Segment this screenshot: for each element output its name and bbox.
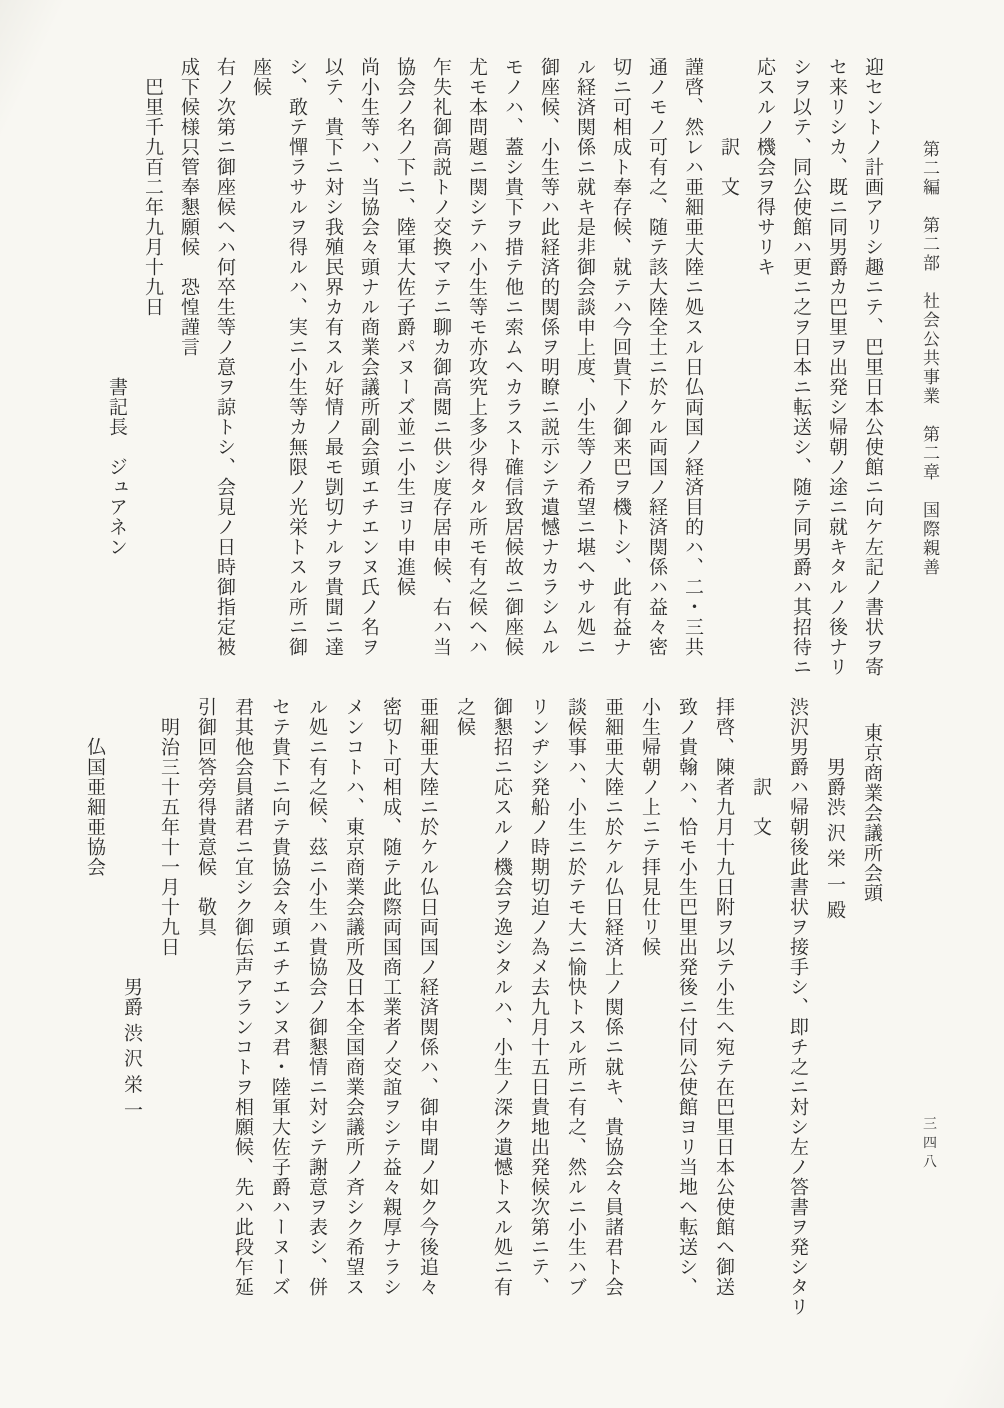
text-line: 巴里千九百二年九月十九日 <box>134 57 170 663</box>
text-line: 拝啓、陳者九月十九日附ヲ以テ小生ヘ宛テ在巴里日本公使館ヘ御送 <box>705 697 742 1309</box>
text-line: 謹啓、然レハ亜細亜大陸ニ処スル日仏両国ノ経済目的ハ、二・三共 <box>674 57 710 663</box>
text-line: 訳 文 <box>710 57 746 663</box>
text-line: メンコトハ、東京商業会議所及日本全国商業会議所ノ斉シク希望ス <box>335 697 372 1309</box>
text-line: 密切ト可相成、随テ此際両国商工業者ノ交誼ヲシテ益々親厚ナラシ <box>372 697 409 1309</box>
text-line: ル処ニ有之候、茲ニ小生ハ貴協会ノ御懇情ニ対シテ謝意ヲ表シ、併 <box>298 697 335 1309</box>
text-line: 座候 <box>242 57 278 663</box>
text-line: セ来リシカ、既ニ同男爵カ巴里ヲ出発シ帰朝ノ途ニ就キタルノ後ナリ <box>818 57 854 663</box>
text-line: 小生帰朝ノ上ニテ拝見仕リ候 <box>631 697 668 1309</box>
text-line: 致ノ貴翰ハ、恰モ小生巴里出発後ニ付同公使館ヨリ当地ヘ転送シ、 <box>668 697 705 1309</box>
text-line: 書記長 ジュアネン <box>98 57 134 663</box>
text-line: 御懇招ニ応スルノ機会ヲ逸シタルハ、小生ノ深ク遺憾トスル処ニ有 <box>483 697 520 1309</box>
letter-from-asia-society: 迎セントノ計画アリシ趣ニテ、巴里日本公使館ニ向ケ左記ノ書状ヲ寄セ来リシカ、既ニ同… <box>98 57 890 663</box>
text-line: 仏国亜細亜協会 <box>76 697 113 1309</box>
text-line: シ、敢テ憚ラサルヲ得ルハ、実ニ小生等カ無限ノ光栄トスル所ニ御 <box>278 57 314 663</box>
book-page: 第二編 第二部 社会公共事業 第二章 国際親善 迎セントノ計画アリシ趣ニテ、巴里… <box>0 0 1004 1408</box>
text-line: 尚小生等ハ、当協会々頭ナル商業会議所副会頭エチエンヌ氏ノ名ヲ <box>350 57 386 663</box>
text-line: 渋沢男爵ハ帰朝後此書状ヲ接手シ、即チ之ニ対シ左ノ答書ヲ発シタリ <box>779 697 816 1309</box>
text-line: 訳 文 <box>742 697 779 1309</box>
text-line: 亜細亜大陸ニ於ケル仏日両国ノ経済関係ハ、御申聞ノ如ク今後追々 <box>409 697 446 1309</box>
page-number: 三四八 <box>918 1116 938 1173</box>
text-line: 尤モ本問題ニ関シテハ小生等モ亦攻究上多少得タル所モ有之候ヘハ <box>458 57 494 663</box>
text-line: 御座候、小生等ハ此経済的関係ヲ明瞭ニ説示シテ遺憾ナカラシムル <box>530 57 566 663</box>
text-line: 協会ノ名ノ下ニ、陸軍大佐子爵パヌーズ並ニ小生ヨリ申進候 <box>386 57 422 663</box>
text-line: 以テ、貴下ニ対シ我殖民界カ有スル好情ノ最モ剴切ナルヲ貴聞ニ達 <box>314 57 350 663</box>
text-line: 東京商業会議所会頭 <box>853 697 890 1309</box>
text-line: 迎セントノ計画アリシ趣ニテ、巴里日本公使館ニ向ケ左記ノ書状ヲ寄 <box>854 57 890 663</box>
text-line: 男爵渋 沢 栄 一 殿 <box>816 697 853 1309</box>
text-line: 切ニ可相成ト奉存候、就テハ今回貴下ノ御来巴ヲ機トシ、此有益ナ <box>602 57 638 663</box>
text-line: 男爵 渋 沢 栄 一 <box>113 697 150 1309</box>
text-line: 乍失礼御高説トノ交換マテニ聊カ御高閲ニ供シ度存居申候、右ハ当 <box>422 57 458 663</box>
text-line: モノハ、蓋シ貴下ヲ措テ他ニ索ムヘカラスト確信致居候故ニ御座候 <box>494 57 530 663</box>
text-line: 之候 <box>446 697 483 1309</box>
text-line: 君其他会員諸君ニ宜シク御伝声アランコトヲ相願候、先ハ此段乍延 <box>224 697 261 1309</box>
text-line: リンヂシ発船ノ時期切迫ノ為メ去九月十五日貴地出発候次第ニテ、 <box>520 697 557 1309</box>
text-line: 引御回答旁得貴意候 敬具 <box>187 697 224 1309</box>
text-line: セテ貴下ニ向テ貴協会々頭エチエンヌ君・陸軍大佐子爵ハーヌーズ <box>261 697 298 1309</box>
text-line: ル経済関係ニ就キ是非御会談申上度、小生等ノ希望ニ堪ヘサル処ニ <box>566 57 602 663</box>
text-line: シヲ以テ、同公使館ハ更ニ之ヲ日本ニ転送シ、随テ同男爵ハ其招待ニ <box>782 57 818 663</box>
text-line: 成下候様只管奉懇願候 恐惶謹言 <box>170 57 206 663</box>
text-line: 談候事ハ、小生ニ於テモ大ニ愉快トスル所ニ有之、然ルニ小生ハブ <box>557 697 594 1309</box>
text-line: 通ノモノ可有之、随テ該大陸全土ニ於ケル両国ノ経済関係ハ益々密 <box>638 57 674 663</box>
text-line: 亜細亜大陸ニ於ケル仏日経済上ノ関係ニ就キ、貴協会々員諸君ト会 <box>594 697 631 1309</box>
reply-letter-shibusawa: 東京商業会議所会頭 男爵渋 沢 栄 一 殿渋沢男爵ハ帰朝後此書状ヲ接手シ、即チ之… <box>76 697 890 1309</box>
text-line: 明治三十五年十一月十九日 <box>150 697 187 1309</box>
text-line: 右ノ次第ニ御座候ヘハ何卒生等ノ意ヲ諒トシ、会見ノ日時御指定被 <box>206 57 242 663</box>
text-line: 応スルノ機会ヲ得サリキ <box>746 57 782 663</box>
chapter-header: 第二編 第二部 社会公共事業 第二章 国際親善 <box>917 140 942 577</box>
